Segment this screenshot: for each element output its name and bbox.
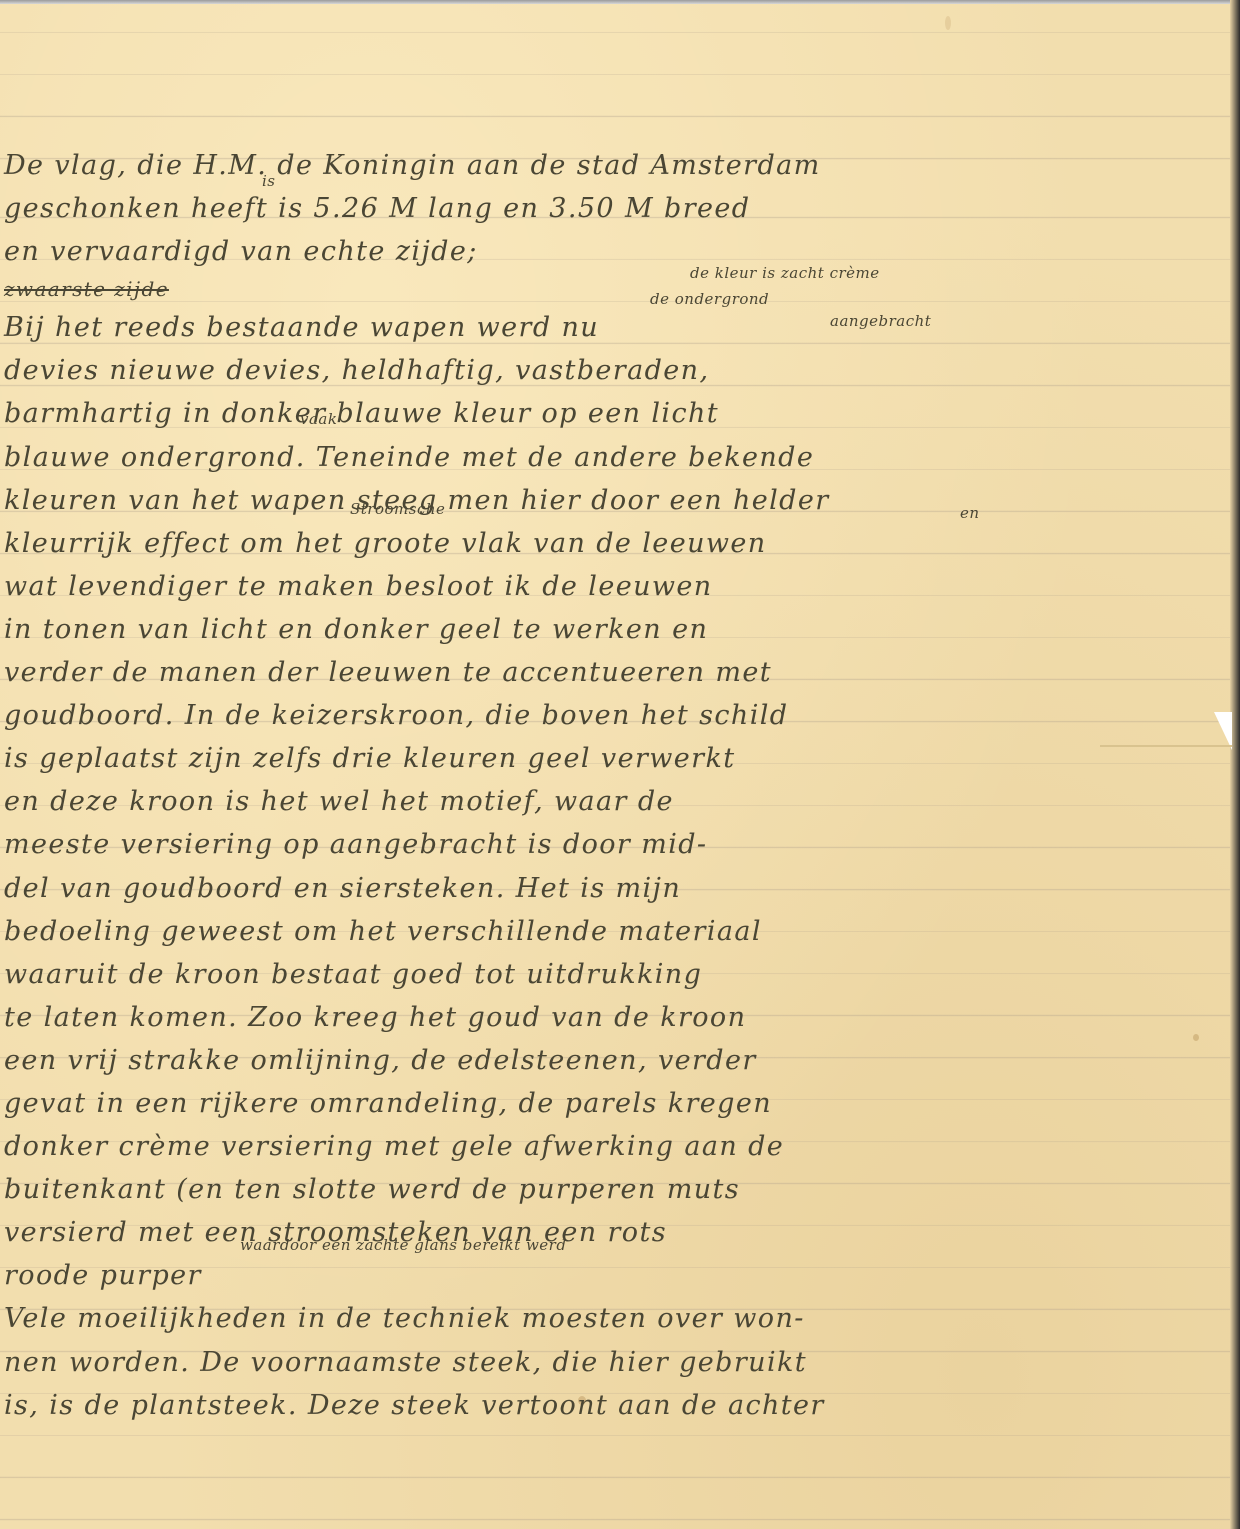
manuscript-line: kleuren van het wapen steeg men hier doo…	[4, 479, 1204, 522]
manuscript-line: versierd met een stroomsteken van een ro…	[4, 1211, 1204, 1254]
manuscript-line: nen worden. De voornaamste steek, die hi…	[4, 1341, 1204, 1384]
manuscript-line: buitenkant (en ten slotte werd de purper…	[4, 1168, 1204, 1211]
manuscript-line: gevat in een rijkere omrandeling, de par…	[4, 1082, 1204, 1125]
manuscript-paper: De vlag, die H.M. de Koningin aan de sta…	[0, 4, 1230, 1529]
manuscript-line: roode purper	[4, 1254, 1204, 1297]
scan-right-edge	[1230, 0, 1240, 1529]
interlinear-note: Stroomsche	[350, 500, 445, 518]
manuscript-line: te laten komen. Zoo kreeg het goud van d…	[4, 996, 1204, 1039]
manuscript-line: in tonen van licht en donker geel te wer…	[4, 608, 1204, 651]
manuscript-line: is geplaatst zijn zelfs drie kleuren gee…	[4, 737, 1204, 780]
manuscript-line: De vlag, die H.M. de Koningin aan de sta…	[4, 144, 1204, 187]
manuscript-line: goudboord. In de keizerskroon, die boven…	[4, 694, 1204, 737]
paper-stain	[945, 16, 951, 30]
interlinear-note: en	[960, 504, 980, 522]
interlinear-note: de ondergrond	[650, 290, 769, 308]
manuscript-line-struck: zwaarste zijde	[4, 273, 1204, 306]
paper-fold	[1100, 745, 1232, 747]
manuscript-line: is, is de plantsteek. Deze steek vertoon…	[4, 1384, 1204, 1427]
interlinear-note: waardoor een zachte glans bereikt werd	[240, 1236, 566, 1254]
manuscript-line: geschonken heeft is 5.26 M lang en 3.50 …	[4, 187, 1204, 230]
manuscript-line: bedoeling geweest om het verschillende m…	[4, 910, 1204, 953]
interlinear-note: aangebracht	[830, 312, 931, 330]
manuscript-line: blauwe ondergrond. Teneinde met de ander…	[4, 436, 1204, 479]
manuscript-line: verder de manen der leeuwen te accentuee…	[4, 651, 1204, 694]
manuscript-line: barmhartig in donker blauwe kleur op een…	[4, 392, 1204, 435]
manuscript-line: del van goudboord en siersteken. Het is …	[4, 867, 1204, 910]
manuscript-line: donker crème versiering met gele afwerki…	[4, 1125, 1204, 1168]
interlinear-note: vaak	[300, 410, 337, 428]
manuscript-line: meeste versiering op aangebracht is door…	[4, 823, 1204, 866]
interlinear-note: de kleur is zacht crème	[690, 264, 880, 282]
manuscript-line: Vele moeilijkheden in de techniek moeste…	[4, 1297, 1204, 1340]
manuscript-line: kleurrijk effect om het groote vlak van …	[4, 522, 1204, 565]
manuscript-line: Bij het reeds bestaande wapen werd nu	[4, 306, 1204, 349]
interlinear-note: is	[262, 172, 276, 190]
handwritten-text: De vlag, die H.M. de Koningin aan de sta…	[4, 144, 1204, 1427]
manuscript-line: en deze kroon is het wel het motief, waa…	[4, 780, 1204, 823]
manuscript-line: devies nieuwe devies, heldhaftig, vastbe…	[4, 349, 1204, 392]
manuscript-line: een vrij strakke omlijning, de edelsteen…	[4, 1039, 1204, 1082]
manuscript-line: waaruit de kroon bestaat goed tot uitdru…	[4, 953, 1204, 996]
manuscript-line: en vervaardigd van echte zijde;	[4, 230, 1204, 273]
manuscript-line: wat levendiger te maken besloot ik de le…	[4, 565, 1204, 608]
